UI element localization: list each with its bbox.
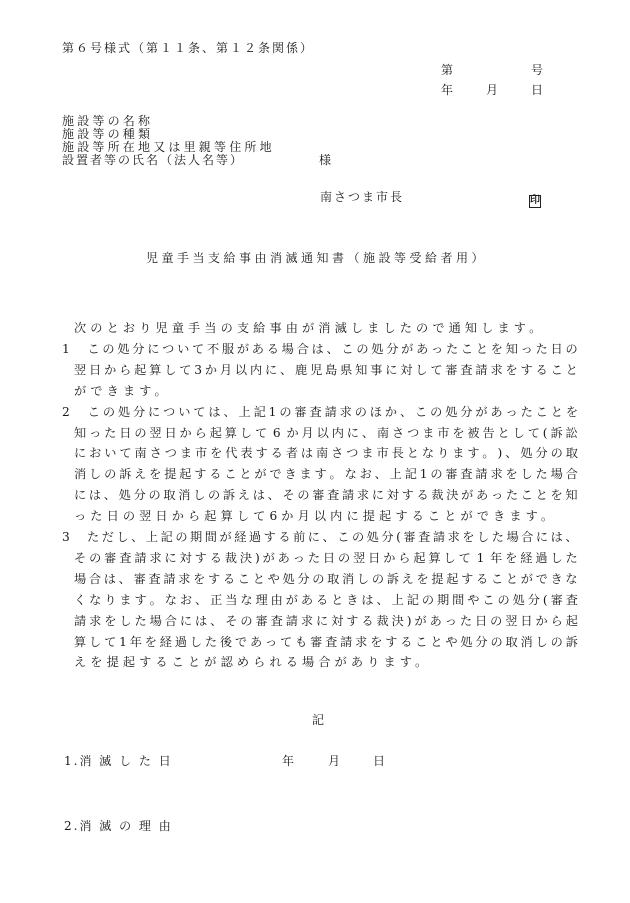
extinction-date-year: 年 bbox=[282, 755, 294, 767]
honorific: 様 bbox=[319, 154, 331, 166]
extinction-date-label: 1.消 滅 し た 日 bbox=[64, 755, 173, 767]
extinction-date-month: 月 bbox=[328, 755, 340, 767]
date-month: 月 bbox=[486, 84, 498, 96]
recipient-owner-name: 設置者等の氏名（法人名等） bbox=[62, 154, 244, 166]
body-line: その審査請求に対する裁決)があった日の翌日から起算して 1 年を経過した bbox=[74, 552, 578, 564]
body-line: 消しの訴えを提起することができます。なお、上記1の審査請求をした場合 bbox=[74, 468, 578, 480]
body-line: 1 この処分について不服がある場合は、この処分があったことを知った日の bbox=[62, 343, 578, 355]
body-line: 次のとおり児童手当の支給事由が消滅しましたので通知します。 bbox=[74, 322, 578, 334]
recipient-facility-name: 施設等の名称 bbox=[62, 115, 153, 127]
seal-icon: 印 bbox=[529, 190, 541, 208]
body-line: った日の翌日から起算して6か月以内に提起することができます。 bbox=[74, 510, 578, 522]
recipient-facility-type: 施設等の種類 bbox=[62, 128, 153, 140]
document-title: 児童手当支給事由消滅通知書（施設等受給者用） bbox=[146, 252, 487, 264]
doc-number-suffix: 号 bbox=[531, 64, 543, 76]
doc-number-prefix: 第 bbox=[441, 64, 453, 76]
date-day: 日 bbox=[531, 84, 543, 96]
extinction-date-day: 日 bbox=[373, 755, 385, 767]
body-line: において南さつま市を代表する者は南さつま市長となります。)、処分の取 bbox=[74, 447, 578, 459]
body-line: 算して1年を経過した後であっても審査請求をすることや処分の取消しの訴 bbox=[74, 636, 578, 648]
form-label: 第６号様式（第１１条、第１２条関係） bbox=[62, 42, 314, 54]
extinction-reason-label: 2.消 滅 の 理 由 bbox=[64, 820, 173, 832]
issuer-name: 南さつま市長 bbox=[320, 191, 404, 203]
body-line: 2 この処分については、上記1の審査請求のほか、この処分があったことを bbox=[62, 406, 578, 418]
date-year: 年 bbox=[441, 84, 453, 96]
body-line: 3 ただし、上記の期間が経過する前に、この処分(審査請求をした場合には、 bbox=[62, 531, 578, 543]
recipient-address: 施設等所在地又は里親等住所地 bbox=[62, 141, 275, 153]
body-line: くなります。なお、正当な理由があるときは、上記の期間やこの処分(審査 bbox=[74, 594, 578, 606]
body-line: 知った日の翌日から起算して 6 か月以内に、南さつま市を被告として(訴訟 bbox=[74, 427, 578, 439]
body-line: 翌日から起算して3か月以内に、鹿児島県知事に対して審査請求をすること bbox=[74, 364, 578, 376]
body-line: 場合は、審査請求をすることや処分の取消しの訴えを提起することができな bbox=[74, 573, 578, 585]
record-heading: 記 bbox=[312, 714, 324, 726]
body-line: には、処分の取消しの訴えは、その審査請求に対する裁決があったことを知 bbox=[74, 489, 578, 501]
body-line: ができます。 bbox=[74, 385, 578, 397]
body-line: 請求をした場合には、その審査請求に対する裁決)があった日の翌日から起 bbox=[74, 615, 578, 627]
body-line: えを提起することが認められる場合があります。 bbox=[74, 656, 578, 668]
